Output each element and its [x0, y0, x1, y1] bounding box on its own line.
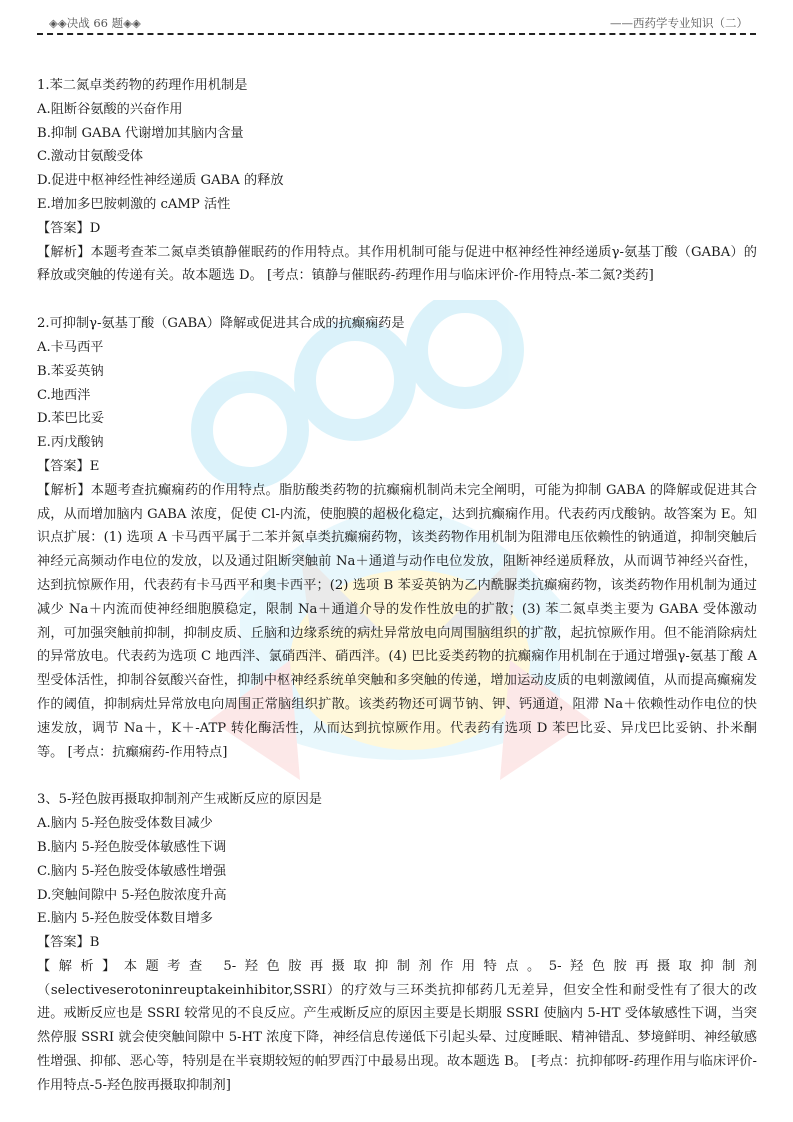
- option-e: E.脑内 5-羟色胺受体数目增多: [37, 907, 757, 931]
- option-d: D.突触间隙中 5-羟色胺浓度升高: [37, 884, 757, 908]
- analysis: 【解析】本题考查苯二氮卓类镇静催眠药的作用特点。其作用机制可能与促进中枢神经性神…: [37, 241, 757, 289]
- header-left-title: ◈◈决战 66 题◈◈: [49, 15, 141, 31]
- option-b: B.脑内 5-羟色胺受体敏感性下调: [37, 836, 757, 860]
- option-d: D.苯巴比妥: [37, 407, 757, 431]
- option-e: E.增加多巴胺刺激的 cAMP 活性: [37, 193, 757, 217]
- analysis: 【解析】本题考查 5-羟色胺再摄取抑制剂作用特点。5-羟色胺再摄取抑制剂（sel…: [37, 955, 757, 1098]
- question-3: 3、5-羟色胺再摄取抑制剂产生戒断反应的原因是 A.脑内 5-羟色胺受体数目减少…: [37, 788, 757, 1097]
- option-b: B.抑制 GABA 代谢增加其脑内含量: [37, 122, 757, 146]
- option-a: A.脑内 5-羟色胺受体数目减少: [37, 812, 757, 836]
- question-stem: 1.苯二氮卓类药物的药理作用机制是: [37, 74, 757, 98]
- question-2: 2.可抑制γ-氨基丁酸（GABA）降解或促进其合成的抗癫痫药是 A.卡马西平 B…: [37, 312, 757, 764]
- page-header: ◈◈决战 66 题◈◈ ——西药学专业知识（二）: [37, 12, 756, 34]
- analysis: 【解析】本题考查抗癫痫药的作用特点。脂肪酸类药物的抗癫痫机制尚未完全阐明，可能为…: [37, 479, 757, 765]
- spacer: [37, 764, 757, 788]
- answer: 【答案】E: [37, 455, 757, 479]
- option-a: A.卡马西平: [37, 336, 757, 360]
- answer: 【答案】B: [37, 931, 757, 955]
- option-c: C.脑内 5-羟色胺受体敏感性增强: [37, 860, 757, 884]
- spacer: [37, 288, 757, 312]
- option-c: C.激动甘氨酸受体: [37, 145, 757, 169]
- header-right-title: ——西药学专业知识（二）: [610, 15, 748, 31]
- option-b: B.苯妥英钠: [37, 360, 757, 384]
- header-dashed-divider: [37, 33, 756, 35]
- answer: 【答案】D: [37, 217, 757, 241]
- option-e: E.丙戊酸钠: [37, 431, 757, 455]
- question-1: 1.苯二氮卓类药物的药理作用机制是 A.阻断谷氨酸的兴奋作用 B.抑制 GABA…: [37, 74, 757, 288]
- option-d: D.促进中枢神经性神经递质 GABA 的释放: [37, 169, 757, 193]
- document-body: 1.苯二氮卓类药物的药理作用机制是 A.阻断谷氨酸的兴奋作用 B.抑制 GABA…: [37, 74, 757, 1098]
- question-stem: 2.可抑制γ-氨基丁酸（GABA）降解或促进其合成的抗癫痫药是: [37, 312, 757, 336]
- option-a: A.阻断谷氨酸的兴奋作用: [37, 98, 757, 122]
- question-stem: 3、5-羟色胺再摄取抑制剂产生戒断反应的原因是: [37, 788, 757, 812]
- option-c: C.地西泮: [37, 384, 757, 408]
